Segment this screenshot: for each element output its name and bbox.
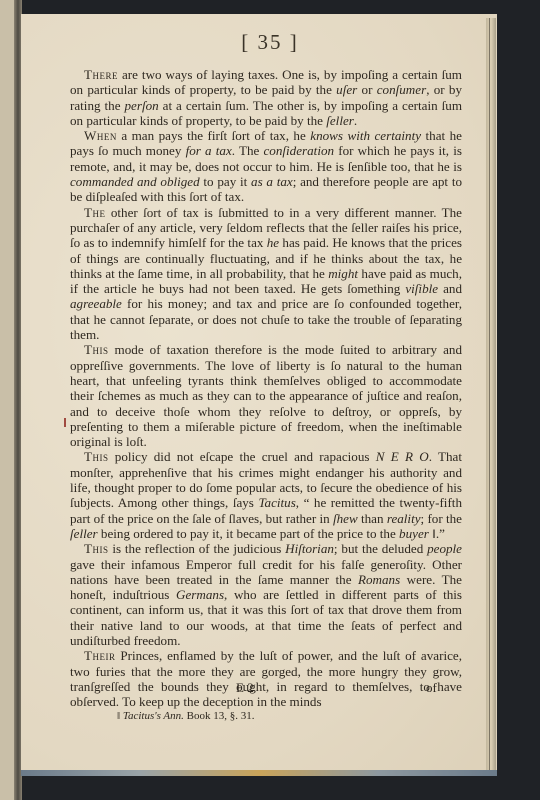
italic-text: Tacitus	[258, 495, 295, 510]
paragraph-lead-word: This	[84, 541, 109, 556]
italic-text: ſhew	[333, 511, 358, 526]
catchword: of	[426, 680, 437, 696]
page-number: [ 35 ]	[0, 30, 540, 55]
italic-text: people	[427, 541, 462, 556]
paragraph: When a man pays the firſt ſort of tax, h…	[70, 128, 462, 204]
italic-text: he	[267, 235, 279, 250]
text-run: than	[358, 511, 387, 526]
italic-text: for a tax	[186, 143, 232, 158]
signature-mark: E 2	[236, 680, 254, 696]
text-run: . The	[232, 143, 264, 158]
footnote-reference: Book 13, §. 31.	[184, 710, 255, 722]
paragraph-lead-word: This	[84, 449, 109, 464]
text-run: is the reflection of the judicious	[109, 541, 286, 556]
paragraph: This is the reflection of the judicious …	[70, 541, 462, 648]
text-run: a man pays the firſt ſort of tax, he	[117, 128, 310, 143]
footnote: ‖ Tacitus's Ann. Book 13, §. 31.	[117, 710, 254, 722]
italic-text: might	[328, 266, 358, 281]
italic-text: reality	[387, 511, 421, 526]
paragraph: There are two ways of laying taxes. One …	[70, 67, 462, 128]
text-run: ‖.”	[429, 526, 445, 541]
page-edge-line	[489, 18, 490, 770]
italic-text: conſideration	[264, 143, 335, 158]
paragraph: The other ſort of tax is ſubmitted to in…	[70, 205, 462, 343]
footnote-mark: ‖	[117, 710, 120, 722]
body-text: There are two ways of laying taxes. One …	[70, 67, 462, 709]
italic-text: as a tax	[251, 174, 293, 189]
italic-text: commanded and obliged	[70, 174, 200, 189]
book-bottom-edge	[21, 770, 497, 776]
paragraph-lead-word: Their	[84, 648, 116, 663]
text-run: mode of taxation therefore is the mode ſ…	[70, 342, 462, 449]
margin-ink-mark	[64, 418, 66, 427]
italic-text: conſumer	[377, 82, 426, 97]
italic-text: N E R O	[376, 449, 429, 464]
paragraph-lead-word: There	[84, 67, 118, 82]
paragraph: Their Princes, enflamed by the luſt of p…	[70, 648, 462, 709]
italic-text: Germans	[176, 587, 224, 602]
italic-text: viſible	[405, 281, 438, 296]
text-run: policy did not eſcape the cruel and rapa…	[109, 449, 376, 464]
italic-text: agreeable	[70, 296, 122, 311]
italic-text: Hiſtorian	[285, 541, 334, 556]
text-run: for his money; and tax and price are ſo …	[70, 296, 462, 342]
paragraph-lead-word: The	[84, 205, 106, 220]
text-run: ; for the	[421, 511, 462, 526]
italic-text: Romans	[358, 572, 400, 587]
italic-text: perſon	[124, 98, 158, 113]
paragraph: This mode of taxation therefore is the m…	[70, 342, 462, 449]
text-run: and	[438, 281, 462, 296]
text-run: being ordered to pay it, it became part …	[98, 526, 399, 541]
italic-text: ſeller	[326, 113, 354, 128]
italic-text: uſer	[336, 82, 357, 97]
paragraph-lead-word: When	[84, 128, 117, 143]
footnote-source: Tacitus's Ann.	[123, 710, 184, 722]
text-run: Princes, enflamed by the luſt of power, …	[70, 648, 462, 709]
italic-text: ſeller	[70, 526, 98, 541]
page-fore-edge	[486, 18, 496, 770]
text-run: to pay it	[200, 174, 251, 189]
text-run: or	[357, 82, 376, 97]
text-run: .	[354, 113, 357, 128]
paragraph: This policy did not eſcape the cruel and…	[70, 449, 462, 541]
text-run: ; but the deluded	[334, 541, 427, 556]
paragraph-lead-word: This	[84, 342, 109, 357]
italic-text: buyer	[399, 526, 429, 541]
italic-text: knows with certainty	[310, 128, 421, 143]
